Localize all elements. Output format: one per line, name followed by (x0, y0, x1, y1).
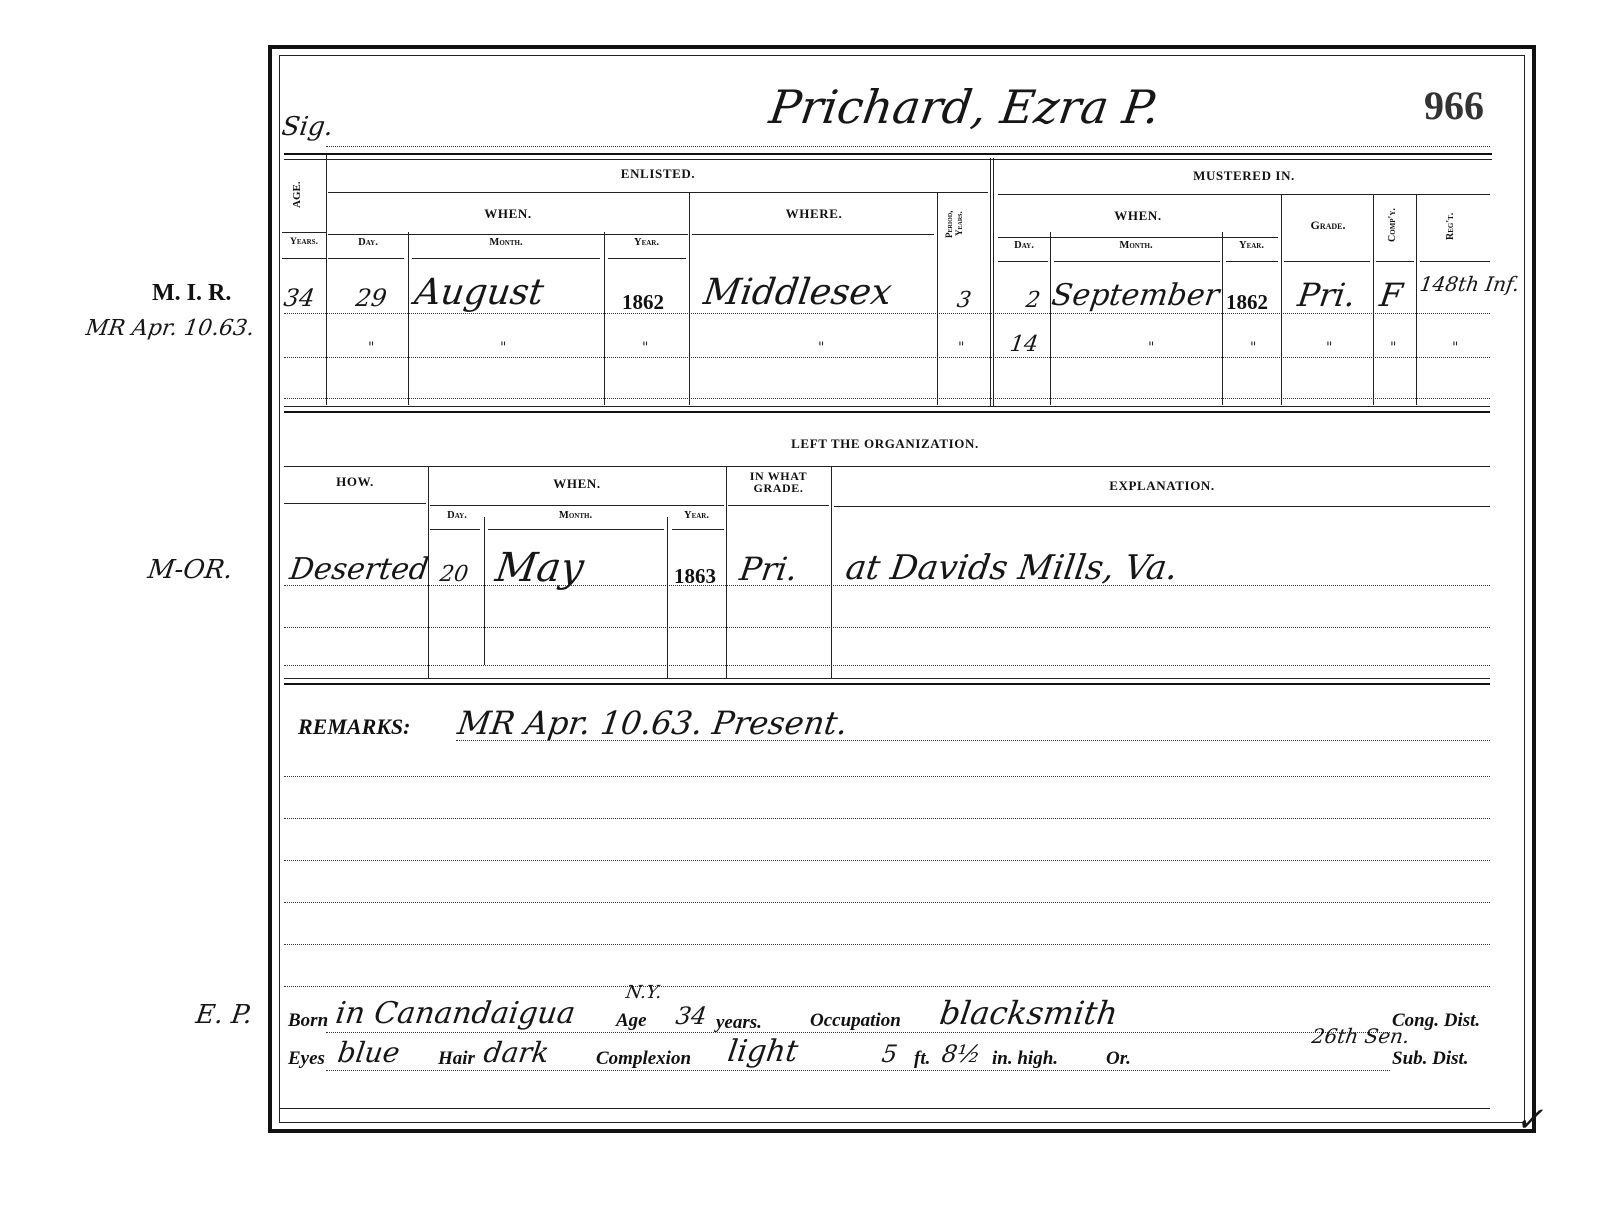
name-prefix: Sig. (280, 112, 335, 142)
rule (488, 529, 664, 530)
enlisted-day-value: 29 (354, 284, 388, 312)
hair-label: Hair (438, 1048, 475, 1070)
rule (834, 506, 1490, 507)
data-line-3 (284, 665, 1490, 666)
eyes-label: Eyes (288, 1048, 325, 1070)
remarks-label: REMARKS: (298, 714, 411, 740)
rule (282, 258, 326, 259)
enlisted-year-value: 1862 (622, 290, 664, 315)
rule (284, 406, 1490, 407)
years-subheader: Years. (282, 237, 326, 247)
rule (608, 258, 686, 259)
mustered-company-ditto: " (1390, 340, 1396, 356)
rule (430, 505, 724, 506)
enlisted-where-ditto: " (818, 340, 824, 356)
col-divider (667, 517, 668, 678)
enlisted-where-header: WHERE. (692, 206, 936, 222)
col-divider (1222, 232, 1223, 405)
mustered-month-value: September (1050, 278, 1222, 313)
enlisted-when-header: WHEN. (328, 206, 688, 222)
mustered-month-ditto: " (1148, 340, 1154, 356)
period-years-header: Period, Years. (944, 198, 966, 250)
hair-value: dark (482, 1036, 552, 1069)
rule (692, 234, 934, 235)
rule (284, 466, 1490, 467)
col-divider (689, 192, 690, 405)
remarks-line-5 (284, 902, 1490, 903)
how-header: HOW. (284, 474, 426, 490)
sub-dist-value: 26th Sen. (1310, 1024, 1411, 1048)
col-divider (831, 467, 832, 678)
enlisted-period-ditto: " (958, 340, 964, 356)
years-label: years. (716, 1012, 762, 1034)
mustered-grade-value: Pri. (1295, 276, 1358, 314)
col-divider (408, 232, 409, 405)
col-divider (326, 155, 327, 405)
card-number: 966 (1424, 82, 1484, 129)
remarks-value: MR Apr. 10.63. Present. (455, 704, 850, 742)
eyes-line (326, 1070, 1390, 1071)
rule (1284, 261, 1370, 262)
col-divider (1373, 194, 1374, 405)
rule (1420, 261, 1490, 262)
enlisted-header: ENLISTED. (328, 166, 988, 182)
rule (1226, 261, 1278, 262)
regiment-header: Reg't. (1446, 206, 1458, 246)
remarks-line-6 (284, 944, 1490, 945)
rule (998, 261, 1048, 262)
eyes-value: blue (336, 1036, 402, 1069)
rule (284, 503, 426, 504)
enlisted-month-subheader: Month. (408, 237, 604, 248)
col-divider (1050, 232, 1051, 405)
data-line-2 (284, 357, 1490, 358)
mustered-day-subheader: Day. (998, 240, 1050, 251)
enlisted-age-value: 34 (282, 284, 316, 312)
col-divider (484, 517, 485, 665)
mustered-regiment-value: 148th Inf. (1418, 272, 1521, 296)
mustered-regiment-ditto: " (1452, 340, 1458, 356)
born-value: in Canandaigua (334, 996, 578, 1031)
mor-note: M-OR. (146, 555, 235, 585)
remarks-line-4 (284, 860, 1490, 861)
enlisted-year-ditto: " (642, 340, 648, 356)
left-grade-value: Pri. (737, 550, 800, 588)
rule (412, 258, 600, 259)
rule (998, 194, 1490, 195)
left-day-subheader: Day. (430, 510, 484, 521)
rule (672, 529, 724, 530)
left-month-value: May (493, 545, 587, 591)
mustered-grade-ditto: " (1326, 340, 1332, 356)
rule (284, 683, 1490, 685)
soldier-name: Prichard, Ezra P. (766, 80, 1163, 134)
ft-label: ft. (914, 1048, 930, 1070)
col-divider (428, 467, 429, 678)
left-how-value: Deserted (288, 552, 431, 587)
grade-header: Grade. (1284, 218, 1372, 233)
rule (328, 258, 404, 259)
left-organization-header: LEFT THE ORGANIZATION. (280, 436, 1490, 452)
mustered-year-ditto: " (1250, 340, 1256, 356)
remarks-line-3 (284, 818, 1490, 819)
rule (280, 1108, 1490, 1109)
enlisted-day-ditto: " (368, 340, 374, 356)
height-inches-value: 8½ (940, 1040, 982, 1068)
mir-label: M. I. R. (152, 280, 231, 307)
born-label: Born (288, 1010, 328, 1032)
sub-dist-label: Sub. Dist. (1392, 1048, 1469, 1070)
complexion-value: light (726, 1034, 801, 1069)
rule (430, 529, 480, 530)
col-divider (604, 232, 605, 405)
enlisted-where-value: Middlesex (701, 272, 894, 313)
col-divider (726, 467, 727, 678)
rule (998, 237, 1278, 238)
in-high-label: in. high. (992, 1048, 1058, 1070)
age-label: Age (616, 1010, 647, 1032)
check-mark-icon: ✓ (1515, 1100, 1544, 1140)
age-value: 34 (674, 1002, 708, 1030)
rule (284, 159, 1492, 160)
rule (728, 505, 829, 506)
remarks-line-7 (284, 986, 1490, 987)
explanation-header: EXPLANATION. (834, 478, 1490, 494)
mustered-month-subheader: Month. (1050, 240, 1222, 251)
rule (328, 234, 688, 235)
enlisted-month-ditto: " (500, 340, 506, 356)
section-divider (990, 158, 994, 406)
col-divider (1416, 194, 1417, 405)
rule (328, 192, 988, 193)
mustered-when-header: WHEN. (998, 208, 1278, 224)
left-day-value: 20 (438, 562, 470, 587)
mustered-year-subheader: Year. (1222, 240, 1281, 251)
born-state-value: N.Y. (625, 982, 664, 1003)
enlisted-month-value: August (412, 272, 546, 313)
ep-note: E. P. (194, 1000, 254, 1030)
age-header: AGE. (292, 165, 306, 225)
mustered-in-header: MUSTERED IN. (998, 168, 1490, 184)
complexion-label: Complexion (596, 1048, 691, 1070)
name-dotted-line (326, 146, 1490, 147)
enlisted-day-subheader: Day. (328, 237, 408, 248)
rule (282, 232, 326, 233)
enlisted-year-subheader: Year. (604, 237, 689, 248)
col-divider (937, 192, 938, 405)
data-line-2 (284, 627, 1490, 628)
left-month-subheader: Month. (484, 510, 667, 521)
rule (284, 678, 1490, 679)
occupation-value: blacksmith (937, 994, 1120, 1032)
born-line (326, 1032, 1390, 1033)
rule (284, 411, 1490, 413)
explanation-value: at Davids Mills, Va. (843, 548, 1180, 588)
rule (284, 153, 1492, 155)
mustered-year-value: 1862 (1226, 290, 1268, 315)
left-when-header: WHEN. (430, 476, 724, 492)
mir-note: MR Apr. 10.63. (84, 316, 256, 341)
remarks-line-2 (284, 776, 1490, 777)
left-year-subheader: Year. (667, 510, 726, 521)
or-label: Or. (1106, 1048, 1131, 1070)
rule (1376, 261, 1414, 262)
rule (1054, 261, 1220, 262)
occupation-label: Occupation (810, 1010, 901, 1032)
in-what-grade-header: IN WHAT GRADE. (728, 470, 829, 494)
col-divider (1281, 194, 1282, 405)
company-header: Comp'y. (1388, 200, 1400, 250)
mustered-day-row2: 14 (1008, 332, 1040, 357)
data-line-3 (284, 398, 1490, 399)
left-year-value: 1863 (674, 564, 716, 589)
remarks-line-1 (456, 740, 1490, 741)
